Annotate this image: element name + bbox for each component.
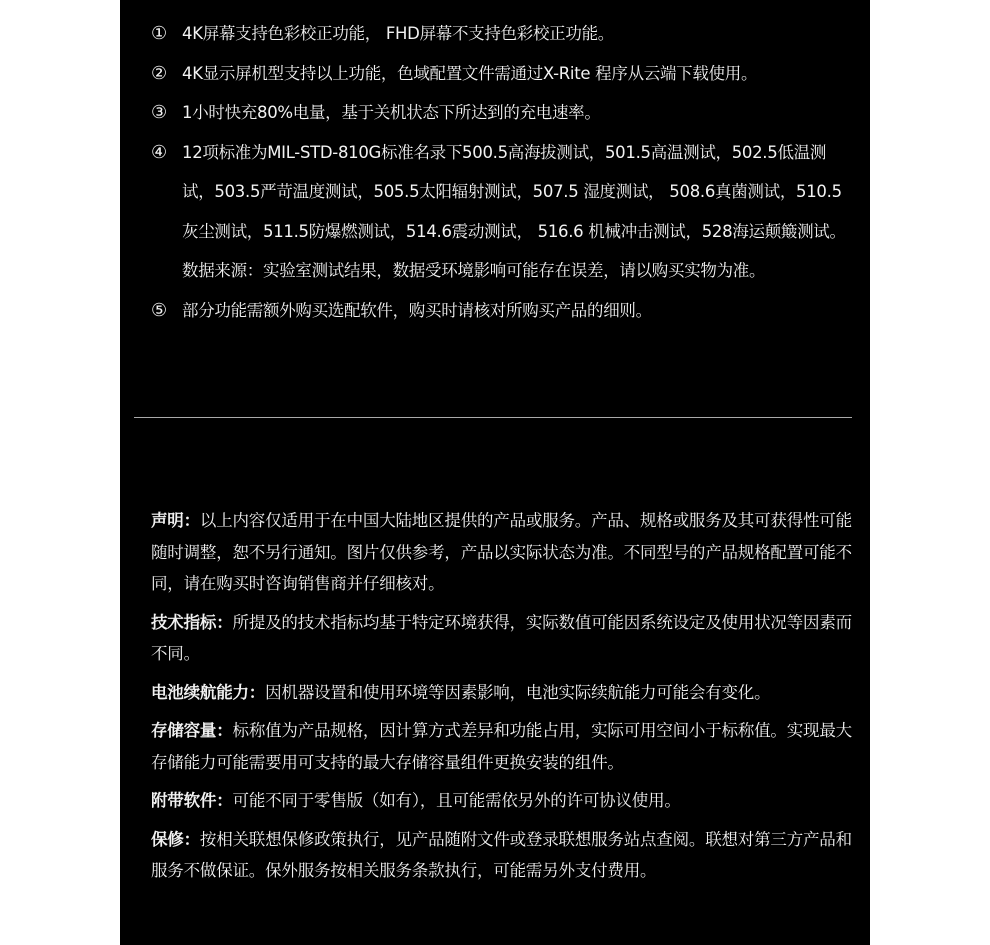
disclaimer-storage: 存储容量：标称值为产品规格，因计算方式差异和功能占用，实际可用空间小于标称值。实… <box>151 715 859 778</box>
disclaimer-text: 以上内容仅适用于在中国大陆地区提供的产品或服务。产品、规格或服务及其可获得性可能… <box>151 511 852 593</box>
disclaimer-software: 附带软件：可能不同于零售版（如有），且可能需依另外的许可协议使用。 <box>151 785 859 817</box>
footnote-text: 4K屏幕支持色彩校正功能， FHD屏幕不支持色彩校正功能。 <box>182 24 614 43</box>
circled-number-5: ⑤ <box>151 291 167 331</box>
circled-number-2: ② <box>151 54 167 94</box>
footnotes-panel: ① 4K屏幕支持色彩校正功能， FHD屏幕不支持色彩校正功能。 ② 4K显示屏机… <box>120 0 870 945</box>
disclaimer-text: 所提及的技术指标均基于特定环境获得，实际数值可能因系统设定及使用状况等因素而不同… <box>151 613 852 664</box>
disclaimer-tech-specs: 技术指标：所提及的技术指标均基于特定环境获得，实际数值可能因系统设定及使用状况等… <box>151 607 859 670</box>
disclaimer-battery: 电池续航能力：因机器设置和使用环境等因素影响，电池实际续航能力可能会有变化。 <box>151 677 859 709</box>
disclaimer-warranty: 保修：按相关联想保修政策执行，见产品随附文件或登录联想服务站点查阅。联想对第三方… <box>151 824 859 887</box>
footnote-item: ② 4K显示屏机型支持以上功能，色域配置文件需通过X-Rite 程序从云端下载使… <box>120 54 870 94</box>
footnote-text: 1小时快充80%电量，基于关机状态下所达到的充电速率。 <box>182 103 601 122</box>
footnote-text: 12项标准为MIL-STD-810G标准名录下500.5高海拔测试，501.5高… <box>182 143 846 281</box>
disclaimer-label: 存储容量： <box>151 721 233 740</box>
disclaimer-text: 因机器设置和使用环境等因素影响，电池实际续航能力可能会有变化。 <box>265 683 770 702</box>
footnote-item: ③ 1小时快充80%电量，基于关机状态下所达到的充电速率。 <box>120 93 870 133</box>
footnote-list: ① 4K屏幕支持色彩校正功能， FHD屏幕不支持色彩校正功能。 ② 4K显示屏机… <box>120 14 870 330</box>
footnote-text: 4K显示屏机型支持以上功能，色域配置文件需通过X-Rite 程序从云端下载使用。 <box>182 64 757 83</box>
footnote-item: ⑤ 部分功能需额外购买选配软件，购买时请核对所购买产品的细则。 <box>120 291 870 331</box>
circled-number-3: ③ <box>151 93 167 133</box>
circled-number-4: ④ <box>151 133 167 173</box>
disclaimer-statement: 声明：以上内容仅适用于在中国大陆地区提供的产品或服务。产品、规格或服务及其可获得… <box>151 505 859 600</box>
disclaimer-label: 电池续航能力： <box>151 683 265 702</box>
disclaimer-label: 技术指标： <box>151 613 233 632</box>
disclaimer-section: 声明：以上内容仅适用于在中国大陆地区提供的产品或服务。产品、规格或服务及其可获得… <box>151 505 859 894</box>
disclaimer-label: 声明： <box>151 511 200 530</box>
circled-number-1: ① <box>151 14 167 54</box>
disclaimer-text: 标称值为产品规格，因计算方式差异和功能占用，实际可用空间小于标称值。实现最大存储… <box>151 721 852 772</box>
footnote-text: 部分功能需额外购买选配软件，购买时请核对所购买产品的细则。 <box>182 301 652 320</box>
footnote-item: ④ 12项标准为MIL-STD-810G标准名录下500.5高海拔测试，501.… <box>120 133 870 291</box>
disclaimer-label: 保修： <box>151 830 200 849</box>
disclaimer-text: 可能不同于零售版（如有），且可能需依另外的许可协议使用。 <box>233 791 681 810</box>
disclaimer-text: 按相关联想保修政策执行，见产品随附文件或登录联想服务站点查阅。联想对第三方产品和… <box>151 830 852 881</box>
disclaimer-label: 附带软件： <box>151 791 233 810</box>
footnote-item: ① 4K屏幕支持色彩校正功能， FHD屏幕不支持色彩校正功能。 <box>120 14 870 54</box>
section-divider <box>134 417 852 418</box>
